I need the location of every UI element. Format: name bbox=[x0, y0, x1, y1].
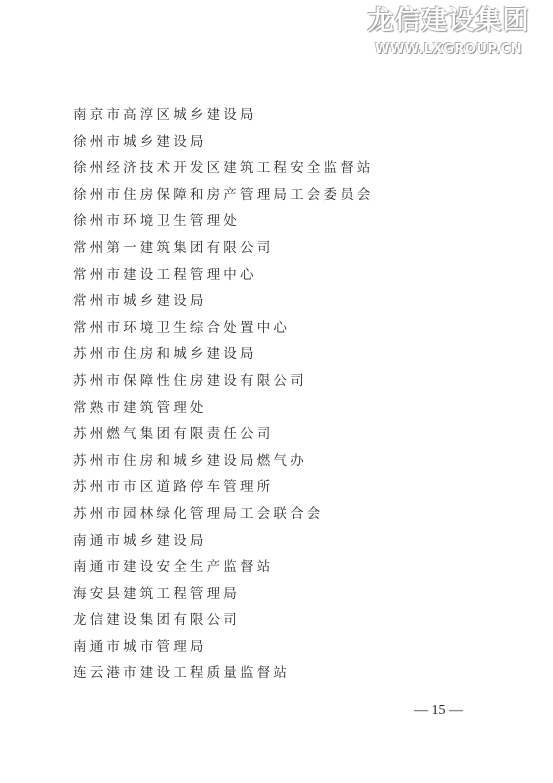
list-item: 常州市环境卫生综合处置中心 bbox=[73, 315, 374, 342]
watermark-title: 龙信建设集团 bbox=[356, 6, 541, 36]
list-item: 常州市城乡建设局 bbox=[73, 288, 374, 315]
watermark-url: WWW.LXGROUP.CN bbox=[356, 42, 541, 57]
list-item: 南通市城乡建设局 bbox=[73, 528, 374, 555]
list-item: 海安县建筑工程管理局 bbox=[73, 581, 374, 608]
list-item: 徐州市住房保障和房产管理局工会委员会 bbox=[73, 182, 374, 209]
list-item: 常州第一建筑集团有限公司 bbox=[73, 235, 374, 262]
organization-list: 南京市高淳区城乡建设局 徐州市城乡建设局 徐州经济技术开发区建筑工程安全监督站 … bbox=[73, 102, 374, 687]
list-item: 苏州市住房和城乡建设局 bbox=[73, 341, 374, 368]
list-item: 南通市建设安全生产监督站 bbox=[73, 554, 374, 581]
list-item: 南通市城市管理局 bbox=[73, 634, 374, 661]
list-item: 苏州燃气集团有限责任公司 bbox=[73, 421, 374, 448]
list-item: 苏州市市区道路停车管理所 bbox=[73, 474, 374, 501]
list-item: 南京市高淳区城乡建设局 bbox=[73, 102, 374, 129]
list-item: 苏州市园林绿化管理局工会联合会 bbox=[73, 501, 374, 528]
list-item: 常熟市建筑管理处 bbox=[73, 395, 374, 422]
list-item: 徐州市城乡建设局 bbox=[73, 129, 374, 156]
page-number: — 15 — bbox=[414, 703, 463, 719]
list-item: 苏州市保障性住房建设有限公司 bbox=[73, 368, 374, 395]
list-item: 龙信建设集团有限公司 bbox=[73, 607, 374, 634]
list-item: 苏州市住房和城乡建设局燃气办 bbox=[73, 448, 374, 475]
list-item: 连云港市建设工程质量监督站 bbox=[73, 660, 374, 687]
list-item: 徐州经济技术开发区建筑工程安全监督站 bbox=[73, 155, 374, 182]
list-item: 徐州市环境卫生管理处 bbox=[73, 208, 374, 235]
list-item: 常州市建设工程管理中心 bbox=[73, 262, 374, 289]
watermark-logo: 龙信建设集团 WWW.LXGROUP.CN bbox=[356, 6, 541, 57]
